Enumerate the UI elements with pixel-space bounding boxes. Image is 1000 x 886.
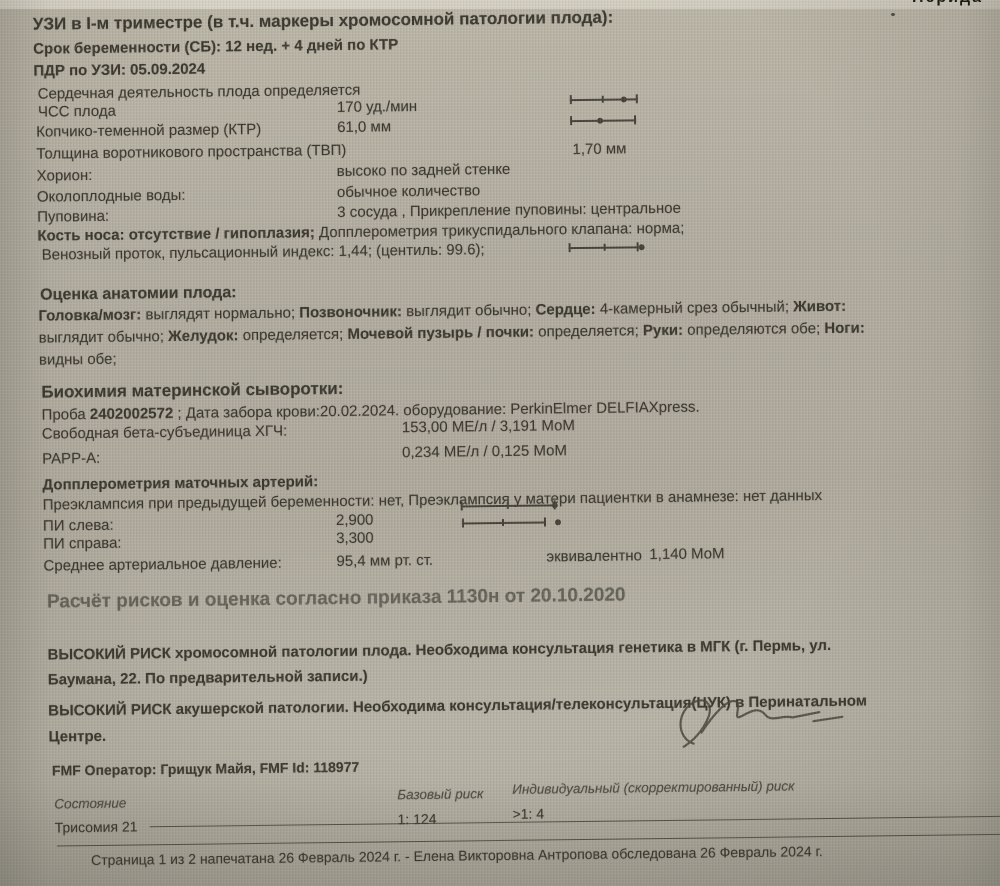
ductus-venosus-range-indicator: [569, 242, 639, 253]
fhr-range-indicator: [570, 94, 638, 105]
pi-left-value: 2,900: [336, 512, 374, 529]
crl-range-indicator: [570, 115, 636, 126]
edd-line: ПДР по УЗИ: 05.09.2024: [33, 61, 205, 80]
crl-value: 61,0 мм: [337, 118, 391, 136]
report-sheet: УЗИ в I-м триместре (в т.ч. маркеры хром…: [0, 0, 1000, 886]
chromosomal-risk-line-1: ВЫСОКИЙ РИСК хромосомной патологии плода…: [47, 637, 831, 664]
risk-heading: Расчёт рисков и оценка согласно приказа …: [47, 584, 626, 613]
pi-left-label: ПИ слева:: [43, 517, 114, 535]
obstetric-risk-line-2: Центре.: [48, 728, 106, 746]
map-label: Среднее артериальное давление:: [43, 555, 281, 575]
signature-scribble: [661, 689, 914, 756]
page-footer: Страница 1 из 2 напечатана 26 Февраль 20…: [91, 843, 823, 868]
risk-table-col-individual: Индивидуальный (скорректированный) риск: [512, 778, 794, 796]
amniotic-fluid-value: обычное количество: [337, 182, 480, 201]
pi-right-range-indicator: [462, 517, 546, 528]
chromosomal-risk-line-2: Баумана, 22. По предварительной записи.): [48, 668, 368, 689]
fmf-operator-line: FMF Оператор: Грищук Майя, FMF Id: 11897…: [52, 759, 359, 779]
risk-table-col-state: Состояние: [54, 796, 126, 812]
anatomy-heading: Оценка анатомии плода:: [40, 284, 237, 304]
hcg-value: 153,00 МЕ/л / 3,191 МоМ: [402, 417, 575, 436]
risk-table-row-state: Трисомия 21: [55, 818, 138, 835]
anatomy-line-2: выглядит обычно; Желудок: определяется; …: [39, 320, 865, 347]
gestational-age-line: Срок беременности (СБ): 12 нед. + 4 дней…: [33, 36, 398, 57]
map-equivalent-label: эквивалентно: [546, 547, 642, 565]
footer-separator-line: [57, 834, 1000, 847]
pi-right-value: 3,300: [336, 530, 374, 547]
risk-table-row-individual: >1: 4: [512, 805, 544, 821]
map-value: 95,4 мм рт. ст.: [336, 552, 433, 570]
chorion-value: высоко по задней стенке: [337, 161, 511, 180]
fhr-value: 170 уд./мин: [337, 98, 417, 116]
crl-label: Копчико-теменной размер (КТР): [36, 121, 261, 141]
risk-table-row-base: 1: 124: [397, 811, 436, 827]
ntt-label: Толщина воротникового пространства (ТВП): [36, 142, 346, 163]
chorion-label: Хорион:: [37, 167, 93, 185]
pi-right-label: ПИ справа:: [43, 535, 122, 553]
fhr-label: ЧСС плода: [38, 103, 116, 121]
umbilical-cord-value: 3 сосуда , Прикрепление пуповины: центра…: [337, 200, 681, 221]
cardiac-activity-line: Сердечная деятельность плода определяетс…: [38, 82, 361, 103]
risk-table-col-base: Базовый риск: [397, 786, 483, 802]
papp-a-label: PAPP-A:: [42, 450, 100, 468]
papp-a-value: 0,234 МЕ/л / 0,125 МоМ: [402, 442, 567, 461]
report-title: УЗИ в I-м триместре (в т.ч. маркеры хром…: [33, 8, 614, 35]
uterine-doppler-heading: Допплерометрия маточных артерий:: [42, 473, 318, 493]
ductus-venosus-line: Венозный проток, пульсационный индекс: 1…: [42, 241, 485, 263]
biochemistry-heading: Биохимия материнской сыворотки:: [41, 379, 343, 403]
anatomy-line-3: видны обе;: [39, 351, 117, 369]
hcg-label: Свободная бета-субъединица ХГЧ:: [42, 423, 288, 443]
ntt-value: 1,70 мм: [572, 140, 626, 158]
row-separator-line: [150, 816, 1000, 827]
sample-line: Проба 2402002572 ; Дата забора крови:20.…: [42, 399, 700, 424]
nasal-bone-line: Кость носа: отсутствие / гипоплазия; Доп…: [37, 220, 684, 245]
amniotic-fluid-label: Околоплодные воды:: [37, 187, 186, 206]
umbilical-cord-label: Пуповина:: [37, 208, 109, 226]
pi-left-range-indicator: [461, 500, 556, 511]
map-equivalent-value: 1,140 МоМ: [649, 545, 724, 563]
